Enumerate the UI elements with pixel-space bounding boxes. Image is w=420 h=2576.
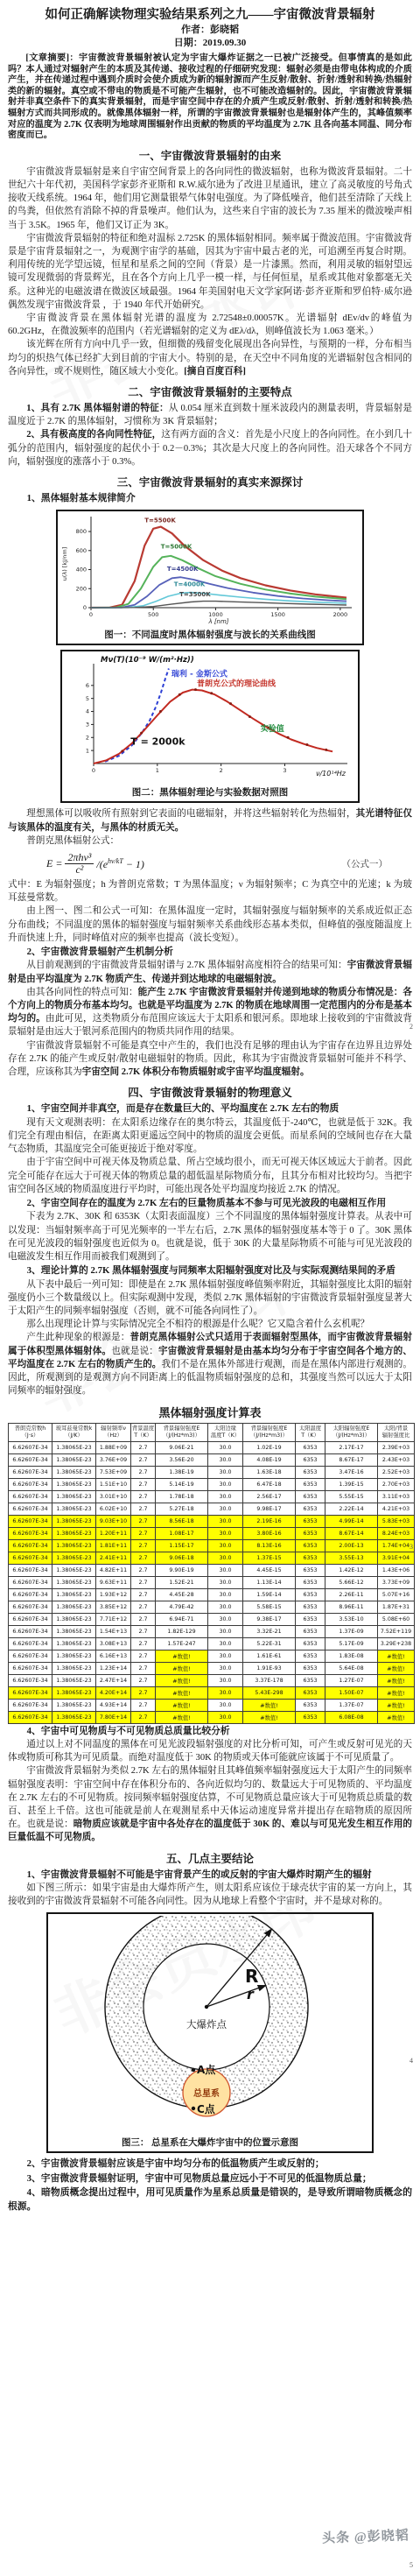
table-header-cell: 背景辐射强度E （J/(Hz*m3)） (156, 1424, 208, 1441)
table-cell: 1.81E+11 (96, 1539, 131, 1552)
table-cell: 1.38065E-23 (52, 1503, 96, 1515)
table-cell: 6353 (296, 1441, 325, 1453)
table-cell: 9.90E-19 (156, 1564, 208, 1576)
formula-block: E = 2πhν³c²/(ehν/kT − 1)（公式一） (46, 852, 412, 876)
table-cell: 2.7 (131, 1453, 156, 1466)
table-cell: 2.17E-17 (325, 1441, 378, 1453)
table-cell: 6.62607E-34 (9, 1662, 52, 1674)
table-cell: 6.62607E-34 (9, 1711, 52, 1723)
subsection-heading: 2、宇宙微波背景辐射产生机制分析 (8, 946, 412, 959)
page-number: 5 (409, 2561, 413, 2569)
table-cell: 2.7 (131, 1625, 156, 1637)
table-cell: 6.62607E-34 (9, 1441, 52, 1453)
svg-text:1500: 1500 (270, 611, 285, 618)
table-cell: 30.0 (208, 1478, 243, 1490)
svg-text:T=4000K: T=4000K (174, 581, 206, 588)
svg-text:T=5000K: T=5000K (161, 544, 192, 551)
body-paragraph: 式中：E 为辐射强度；h 为普朗克常数；T 为黑体温度；ν 为辐射频率；C 为真… (8, 878, 412, 904)
table-cell: #数值! (156, 1662, 208, 1674)
table-cell: 1.38065E-23 (52, 1453, 96, 1466)
table-cell: 2.7 (131, 1601, 156, 1613)
section-heading: 三、宇宙微波背景辐射的真实来源探讨 (8, 476, 412, 489)
table-cell: 30.0 (208, 1674, 243, 1686)
formula-rhs: /(ehν/kT − 1) (96, 857, 144, 871)
fig2-caption: 图二：黑体辐射理论与实验数据对照图 (64, 787, 356, 800)
table-cell: 9.98E-17 (243, 1503, 296, 1515)
figure-3-box: Rr大爆炸点总星系A点C点图三： 总星系在大爆炸宇宙中的位置示意图 (46, 1912, 374, 2153)
table-row: 6.62607E-341.38065E-237.53E+092.71.38E-1… (9, 1466, 415, 1478)
abstract-paragraph: [文章摘要]：宇宙微波背景辐射被认定为宇宙大爆炸证据之一已被广泛接受。但事情真的… (8, 53, 412, 142)
text-segment: 由上图一、图二和公式一可知：在黑体温度一定时，其辐射强度与辐射频率的关系成近似正… (8, 906, 412, 942)
table-cell: 7.80E+14 (96, 1711, 131, 1723)
table-cell: 30.0 (208, 1588, 243, 1601)
svg-text:3: 3 (86, 721, 89, 728)
table-cell: 4.45E-28 (156, 1588, 208, 1601)
table-cell: 1.38065E-23 (52, 1625, 96, 1637)
svg-text:大爆炸点: 大爆炸点 (186, 2018, 227, 2031)
table-cell: 6353 (296, 1686, 325, 1699)
table-head: 普朗克常数h （J·s）玻耳兹曼常数k （J/K）辐射频率ν （Hz）背景温度 … (9, 1424, 415, 1441)
table-cell: 9.03E+10 (96, 1515, 131, 1527)
fig1-chart: 05001000150020000200400600800u(λ) [kJ/nm… (59, 513, 353, 625)
text-segment: 由其各向同性的特点可知： (26, 988, 137, 997)
text-segment: 理想黑体可以吸收所有照射到它表面的电磁辐射，并将这些辐射转化为热辐射， (26, 809, 355, 819)
table-cell: 1.38065E-23 (52, 1662, 96, 1674)
table-row: 6.62607E-341.38065E-231.93E+122.74.45E-2… (9, 1588, 415, 1601)
table-row: 6.62607E-341.38065E-232.47E+142.7#数值!30.… (9, 1674, 415, 1686)
svg-text:r: r (247, 1986, 255, 2002)
table-cell: 2.7 (131, 1674, 156, 1686)
text-segment: 宇宙微波背景辐射是来自宇宙空间背景上的各向同性的微波辐射，也称为微波背景辐射。二… (8, 167, 412, 230)
table-cell: 2.19E-16 (243, 1515, 296, 1527)
table-cell: 3.91E+04 (378, 1552, 415, 1564)
table-cell: 6.47E-18 (243, 1478, 296, 1490)
table-cell: 2.7 (131, 1478, 156, 1490)
table-cell: 1.38065E-23 (52, 1686, 96, 1699)
svg-text:T=4500K: T=4500K (167, 567, 199, 574)
table-cell: 6353 (296, 1662, 325, 1674)
table-cell: 6353 (296, 1625, 325, 1637)
table-cell: 1.38065E-23 (52, 1478, 96, 1490)
table-cell: 1.38065E-23 (52, 1466, 96, 1478)
table-row: 6.62607E-341.38065E-233.76E+092.73.56E-2… (9, 1453, 415, 1466)
table-cell: 30.0 (208, 1490, 243, 1503)
table-cell: 30.0 (208, 1527, 243, 1539)
svg-text:5: 5 (86, 695, 89, 702)
text-segment: 如下图三所示：如果宇宙是由大爆炸所产生，则太阳系应该位于球壳状宇宙的某一方向上，… (8, 1883, 412, 1906)
table-cell: 4.45E-15 (243, 1564, 296, 1576)
table-cell: 30.0 (208, 1466, 243, 1478)
svg-text:普朗克公式的理论曲线: 普朗克公式的理论曲线 (197, 679, 276, 689)
table-cell: 5.66E-12 (325, 1576, 378, 1588)
formula-denominator: c² (75, 864, 83, 876)
table-cell: 1.38065E-23 (52, 1601, 96, 1613)
table-cell: #数值! (156, 1699, 208, 1711)
table-cell: #数值! (156, 1650, 208, 1662)
table-cell: 4.20E+14 (96, 1686, 131, 1699)
table-cell: 8.67E-14 (325, 1527, 378, 1539)
table-cell: 6.62607E-34 (9, 1503, 52, 1515)
table-cell: 1.82E-129 (156, 1625, 208, 1637)
body-paragraph: 1、具有 2.7K 黑体辐射谱的特征：从 0.054 厘米直到数十厘米波段内的测… (8, 402, 412, 428)
table-cell: 1.50E-07 (325, 1686, 378, 1699)
table-cell: 30.0 (208, 1637, 243, 1650)
table-cell: 8.67E-17 (325, 1453, 378, 1466)
body-paragraph: 如下图三所示：如果宇宙是由大爆炸所产生，则太阳系应该位于球壳状宇宙的某一方向上，… (8, 1882, 412, 1908)
table-cell: 4.21E+03 (378, 1503, 415, 1515)
table-cell: 5.43E-298 (243, 1686, 296, 1699)
table-cell: 8.24E+03 (378, 1527, 415, 1539)
text-segment: 现有天文观测表明：在太阳系边缘存在的奥尔特云，其温度低于-240℃，也就是低于 … (8, 1118, 412, 1154)
body-paragraph: 宇宙微波背景辐射是来自宇宙空间背景上的各向同性的微波辐射，也称为微波背景辐射。二… (8, 165, 412, 232)
table-cell: #数值! (378, 1674, 415, 1686)
table-cell: 3.56E-20 (156, 1453, 208, 1466)
svg-text:实验值: 实验值 (261, 723, 284, 734)
table-cell: 2.7 (131, 1490, 156, 1503)
table-cell: 8.56E-18 (156, 1515, 208, 1527)
table-cell: 5.22E-31 (243, 1637, 296, 1650)
table-cell: 2.7 (131, 1539, 156, 1552)
formula-fraction: 2πhν³c² (65, 852, 94, 876)
table-cell: 6353 (296, 1478, 325, 1490)
table-cell: 3.01E+10 (96, 1490, 131, 1503)
table-cell: 2.7 (131, 1564, 156, 1576)
subsection-heading: 2、宇宙微波背景辐射应该是宇宙中均匀分布的低温物质产生或反射的； (8, 2157, 412, 2171)
table-cell: 3.11E+03 (378, 1490, 415, 1503)
table-cell: 1.23E+14 (96, 1662, 131, 1674)
table-cell: 1.42E-12 (325, 1564, 378, 1576)
table-cell: 1.37E-09 (325, 1625, 378, 1637)
table-cell: 5.17E-09 (325, 1637, 378, 1650)
svg-text:R: R (245, 1966, 258, 1987)
svg-text:3: 3 (283, 767, 286, 774)
table-cell: 2.7 (131, 1576, 156, 1588)
table-cell: 30.0 (208, 1515, 243, 1527)
table-cell: 6.62607E-34 (9, 1686, 52, 1699)
document-page: 如何正确解读物理实验结果系列之九——宇宙微波背景辐射 作者：彭晓韬 日期：201… (0, 0, 420, 2576)
svg-text:T=5500K: T=5500K (144, 517, 176, 524)
table-cell: 6353 (296, 1453, 325, 1466)
table-cell: 1.61E-61 (243, 1650, 296, 1662)
body-paragraph: 宇宙微波背景辐射为类似 2.7K 左右的黑体辐射且其峰值频率辐射强度远大于太阳产… (8, 1764, 412, 1844)
table-cell: #数值! (243, 1711, 296, 1723)
table-cell: 6353 (296, 1527, 325, 1539)
svg-text:ν/10¹⁴Hz: ν/10¹⁴Hz (316, 770, 346, 778)
table-cell: 3.32E-21 (243, 1625, 296, 1637)
svg-text:总星系: 总星系 (193, 2087, 220, 2099)
text-segment: 从下表中最后一列可知：即使是在 2.7K 黑体辐射强度峰值频率附近，其辐射强度比… (8, 1280, 412, 1316)
svg-text:T=3500K: T=3500K (179, 592, 211, 599)
table-cell: #数值! (378, 1711, 415, 1723)
section-heading: 四、宇宙微波背景辐射的物理意义 (8, 1087, 412, 1100)
body-paragraph: 理想黑体可以吸收所有照射到它表面的电磁辐射，并将这些辐射转化为热辐射，其光谱特征… (8, 807, 412, 834)
table-cell: 2.56E-17 (243, 1490, 296, 1503)
subsection-heading: 3、理论计算的 2.7K 黑体辐射强度与同频率太阳辐射强度对比及与实际观测结果间… (8, 1264, 412, 1277)
table-header-cell: 辐射频率ν （Hz） (96, 1424, 131, 1441)
table-cell: 3.73E+09 (378, 1576, 415, 1588)
table-cell: 1.83E-08 (325, 1650, 378, 1662)
svg-text:λ [nm]: λ [nm] (207, 618, 228, 625)
table-cell: 30.0 (208, 1503, 243, 1515)
table-cell: 1.08E-17 (156, 1527, 208, 1539)
table-row: 6.62607E-341.38065E-239.03E+102.78.56E-1… (9, 1515, 415, 1527)
svg-text:1000: 1000 (208, 611, 223, 618)
table-cell: 3.29E+238 (378, 1637, 415, 1650)
svg-text:2: 2 (220, 767, 223, 774)
table-cell: 6.62607E-34 (9, 1637, 52, 1650)
table-cell: 6353 (296, 1576, 325, 1588)
watermark-toutiao: 头条 @彭晓韬 (322, 2525, 409, 2546)
svg-text:2000: 2000 (333, 611, 348, 618)
text-segment: 2、具有极高度的各向同性特征， (26, 430, 161, 440)
svg-text:A点: A点 (197, 2063, 216, 2076)
table-cell: 7.53E+09 (96, 1466, 131, 1478)
table-row: 6.62607E-341.38065E-237.80E+142.7#数值!30.… (9, 1711, 415, 1723)
table-cell: 1.54E+13 (96, 1625, 131, 1637)
svg-text:1: 1 (156, 767, 159, 774)
table-cell: 30.0 (208, 1576, 243, 1588)
table-cell: 6.62607E-34 (9, 1527, 52, 1539)
table-cell: 6.62607E-34 (9, 1576, 52, 1588)
table-cell: 1.27E-07 (325, 1674, 378, 1686)
table-cell: 1.38065E-23 (52, 1527, 96, 1539)
body-paragraph: 2、具有极高度的各向同性特征，这有两方面的含义：首先是小尺度上的各向同性。在小到… (8, 428, 412, 468)
table-cell: 3.47E-16 (325, 1466, 378, 1478)
table-cell: 6.62607E-34 (9, 1466, 52, 1478)
svg-text:1: 1 (86, 748, 89, 755)
doc-title: 如何正确解读物理实验结果系列之九——宇宙微波背景辐射 (8, 7, 412, 24)
table-cell: 1.43E+06 (378, 1564, 415, 1576)
table-cell: 2.7 (131, 1466, 156, 1478)
table-cell: 6.62607E-34 (9, 1539, 52, 1552)
table-row: 6.62607E-341.38065E-231.20E+112.71.08E-1… (9, 1527, 415, 1539)
table-cell: #数值! (378, 1699, 415, 1711)
table-cell: 3.85E+12 (96, 1601, 131, 1613)
fig1-box: 05001000150020000200400600800u(λ) [kJ/nm… (56, 510, 364, 645)
formula-lhs: E = (46, 857, 62, 870)
text-segment: 宇宙空间 2.7K 体积分布物质辐射或宇宙平均温度辐射。 (82, 1067, 310, 1077)
table-cell: 2.7 (131, 1686, 156, 1699)
text-segment: 宇宙微波背景在黑体辐射光谱的温度为 2.72548±0.00057K。光谱辐射 … (8, 313, 412, 336)
table-cell: 6.62607E-34 (9, 1613, 52, 1625)
table-row: 6.62607E-341.38065E-233.85E+122.74.79E-4… (9, 1601, 415, 1613)
date-line: 日期：2019.09.30 (8, 37, 412, 50)
body-paragraph: 由其各向同性的特点可知：能产生 2.7K 宇宙微波背景辐射并传递到地球的物质分布… (8, 986, 412, 1039)
table-cell: 4.82E+11 (96, 1564, 131, 1576)
subsection-heading: 1、黑体辐射基本规律简介 (8, 492, 412, 505)
svg-text:0: 0 (92, 767, 95, 774)
table-cell: 6.62607E-34 (9, 1552, 52, 1564)
table-row: 6.62607E-341.38065E-231.88E+092.79.06E-2… (9, 1441, 415, 1453)
table-cell: 3.37E-178 (243, 1674, 296, 1686)
table-cell: 1.38065E-23 (52, 1441, 96, 1453)
body-paragraph: 宇宙微波背景辐射不可能是真空中产生的，我们也没有足够的理由认为宇宙存在边界且边界… (8, 1039, 412, 1080)
table-cell: 4.93E+14 (96, 1699, 131, 1711)
table-cell: 6.62607E-34 (9, 1588, 52, 1601)
table-cell: 2.52E+03 (378, 1466, 415, 1478)
table-cell: 30.0 (208, 1539, 243, 1552)
table-cell: 1.57E-247 (156, 1637, 208, 1650)
table-row: 6.62607E-341.38065E-231.81E+112.71.15E-1… (9, 1539, 415, 1552)
table-cell: 6353 (296, 1588, 325, 1601)
table-row: 6.62607E-341.38065E-232.41E+112.79.06E-1… (9, 1552, 415, 1564)
table-cell: 1.38065E-23 (52, 1674, 96, 1686)
blackbody-table: 普朗克常数h （J·s）玻耳兹曼常数k （J/K）辐射频率ν （Hz）背景温度 … (8, 1423, 415, 1723)
table-cell: #数值! (156, 1674, 208, 1686)
table-cell: 1.38065E-23 (52, 1552, 96, 1564)
text-segment: 从目前观测到的宇宙微波背景辐射谱与 2.7K 黑体辐射高度相符合的结果可知： (26, 961, 346, 970)
svg-text:200: 200 (76, 586, 87, 593)
table-cell: 30.0 (208, 1564, 243, 1576)
text-segment: 也就是说： (111, 1347, 158, 1356)
text-segment: 产生此种现象的根源是： (26, 1333, 129, 1342)
table-cell: 3.53E-10 (325, 1613, 378, 1625)
fig2-box: 0123123456Mν(T)(10⁻⁹ W/(m²·Hz))ν/10¹⁴Hz瑞… (60, 650, 360, 803)
body-paragraph: 现有天文观测表明：在太阳系边缘存在的奥尔特云，其温度低于-240℃，也就是低于 … (8, 1116, 412, 1157)
table-cell: 2.7 (131, 1515, 156, 1527)
table-cell: 1.37E-15 (243, 1552, 296, 1564)
table-cell: 1.59E-14 (243, 1588, 296, 1601)
page-number: 2 (409, 1023, 413, 1031)
table-cell: 6.62607E-34 (9, 1699, 52, 1711)
subsection-heading: 4、暗物质概念提出过程中，用可见质量作为星系总质量是错误的，是导致所谓暗物质概念… (8, 2186, 412, 2214)
body-paragraph: 该光辉在所有方向中几乎一致，但细微的残留变化展现出各向异性，与预期的一样，分布相… (8, 338, 412, 378)
table-cell: 7.71E+12 (96, 1613, 131, 1625)
table-row: 6.62607E-341.38065E-234.93E+142.7#数值!30.… (9, 1699, 415, 1711)
table-cell: 6.62607E-34 (9, 1515, 52, 1527)
table-cell: 1.87E+31 (378, 1601, 415, 1613)
table-cell: 9.38E-17 (243, 1613, 296, 1625)
svg-text:500: 500 (148, 611, 158, 618)
table-row: 6.62607E-341.38065E-237.71E+122.76.94E-7… (9, 1613, 415, 1625)
table-cell: 30.0 (208, 1699, 243, 1711)
body-paragraph: 普朗克黑体辐射公式： (8, 834, 412, 848)
table-cell: 3.55E-13 (325, 1552, 378, 1564)
table-cell: 6353 (296, 1601, 325, 1613)
text-segment: [文章摘要]：宇宙微波背景辐射被认定为宇宙大爆炸证据之一已被广泛接受。但事情真的… (8, 53, 412, 140)
body-paragraph: 由于宇宙空间中可视天体及物质总量、所占空域均很小，而无可视天体区域远大于前者。因… (8, 1156, 412, 1196)
table-cell: 9.06E-18 (156, 1552, 208, 1564)
table-cell: #数值! (243, 1699, 296, 1711)
section-heading: 一、宇宙微波背景辐射的由来 (8, 150, 412, 163)
fig2-chart: 0123123456Mν(T)(10⁻⁹ W/(m²·Hz))ν/10¹⁴Hz瑞… (64, 653, 349, 783)
table-cell: 6.62607E-34 (9, 1625, 52, 1637)
table-cell: 1.38065E-23 (52, 1564, 96, 1576)
table-cell: 2.43E+03 (378, 1453, 415, 1466)
svg-text:2: 2 (86, 735, 89, 742)
table-row: 6.62607E-341.38065E-234.82E+112.79.90E-1… (9, 1564, 415, 1576)
table-cell: 30.0 (208, 1711, 243, 1723)
table-cell: #数值! (156, 1686, 208, 1699)
author-line: 作者：彭晓韬 (8, 24, 412, 37)
table-cell: 4.99E-14 (325, 1515, 378, 1527)
table-cell: 6353 (296, 1711, 325, 1723)
body-paragraph: 宇宙微波背景在黑体辐射光谱的温度为 2.72548±0.00057K。光谱辐射 … (8, 312, 412, 338)
table-cell: 9.63E+11 (96, 1576, 131, 1588)
table-cell: 1.38065E-23 (52, 1650, 96, 1662)
table-cell: 6353 (296, 1650, 325, 1662)
table-cell: 6.62607E-34 (9, 1601, 52, 1613)
table-cell: 2.7 (131, 1503, 156, 1515)
table-cell: 1.38065E-23 (52, 1613, 96, 1625)
svg-text:600: 600 (76, 547, 87, 554)
section-heading: 五、几点主要结论 (8, 1853, 412, 1866)
table-cell: #数值! (378, 1686, 415, 1699)
table-cell: 30.0 (208, 1601, 243, 1613)
subsection-heading: 2、宇宙空间存在的温度为 2.7K 左右的巨量物质基本不参与可见光波段的电磁相互… (8, 1197, 412, 1210)
table-cell: 6.62607E-34 (9, 1478, 52, 1490)
table-cell: 1.63E-18 (243, 1466, 296, 1478)
table-cell: 1.91E-93 (243, 1662, 296, 1674)
figure-3-caption: 图三： 总星系在大爆炸宇宙中的位置示意图 (50, 2137, 370, 2150)
svg-text:0: 0 (83, 605, 87, 612)
svg-text:瑞利 - 金斯公式: 瑞利 - 金斯公式 (171, 669, 227, 679)
table-cell: 2.00E-13 (325, 1539, 378, 1552)
table-cell: 6.62607E-34 (9, 1564, 52, 1576)
text-segment: 那么出现理论计算与实际情况完全不相符的根源是什么呢？它又隐含着什么玄机呢？ (26, 1320, 369, 1329)
table-cell: 6.62607E-34 (9, 1453, 52, 1466)
table-cell: 1.93E+12 (96, 1588, 131, 1601)
table-cell: 3.08E+13 (96, 1637, 131, 1650)
table-cell: 5.27E-18 (156, 1503, 208, 1515)
table-cell: 5.14E-19 (156, 1478, 208, 1490)
table-cell: 6353 (296, 1515, 325, 1527)
body-paragraph: 从目前观测到的宇宙微波背景辐射谱与 2.7K 黑体辐射高度相符合的结果可知：宇宙… (8, 959, 412, 985)
table-cell: 1.78E-18 (156, 1490, 208, 1503)
table-cell: 1.38065E-23 (52, 1699, 96, 1711)
table-cell: 30.0 (208, 1625, 243, 1637)
table-cell: 4.08E-19 (243, 1453, 296, 1466)
table-cell: 6.62607E-34 (9, 1650, 52, 1662)
table-cell: 2.22E-14 (325, 1503, 378, 1515)
table-cell: 4.79E-42 (156, 1601, 208, 1613)
article-content: [文章摘要]：宇宙微波背景辐射被认定为宇宙大爆炸证据之一已被广泛接受。但事情真的… (8, 53, 412, 2214)
table-cell: 5.08E+60 (378, 1613, 415, 1625)
table-header-cell: 太阳辐射强度E （J/(Hz*m3)） (325, 1424, 378, 1441)
table-cell: 2.7 (131, 1527, 156, 1539)
table-cell: 1.15E-17 (156, 1539, 208, 1552)
table-cell: 1.88E+09 (96, 1441, 131, 1453)
body-paragraph: 那么出现理论计算与实际情况完全不相符的根源是什么呢？它又隐含着什么玄机呢？ (8, 1318, 412, 1331)
table-cell: 1.38065E-23 (52, 1539, 96, 1552)
table-cell: 6353 (296, 1503, 325, 1515)
table-cell: 2.26E-11 (325, 1588, 378, 1601)
table-header-cell: 太阳边缘 温度T（K） (208, 1424, 243, 1441)
table-body: 6.62607E-341.38065E-231.88E+092.79.06E-2… (9, 1441, 415, 1723)
table-header-cell: 普朗克常数h （J·s） (9, 1424, 52, 1441)
table-cell: 6353 (296, 1564, 325, 1576)
table-cell: 1.38065E-23 (52, 1637, 96, 1650)
table-cell: 6353 (296, 1490, 325, 1503)
table-cell: 5.58E-15 (243, 1601, 296, 1613)
table-cell: 3.76E+09 (96, 1453, 131, 1466)
table-cell: 30.0 (208, 1650, 243, 1662)
table-cell: 2.7 (131, 1699, 156, 1711)
svg-text:0: 0 (89, 611, 93, 618)
table-row: 6.62607E-341.38065E-234.20E+142.7#数值!30.… (9, 1686, 415, 1699)
table-cell: 1.52E-21 (156, 1576, 208, 1588)
table-cell: 30.0 (208, 1552, 243, 1564)
body-paragraph: 产生此种现象的根源是：普朗克黑体辐射公式只适用于表面辐射型黑体，而宇宙微波背景辐… (8, 1331, 412, 1397)
text-segment: 式中：E 为辐射强度；h 为普朗克常数；T 为黑体温度；ν 为辐射频率；C 为真… (8, 880, 412, 903)
table-cell: 6.02E+10 (96, 1503, 131, 1515)
table-cell: 2.70E+03 (378, 1478, 415, 1490)
table-cell: 6353 (296, 1674, 325, 1686)
table-cell: 6.94E-71 (156, 1613, 208, 1625)
table-cell: 6353 (296, 1699, 325, 1711)
table-header-cell: 太阳温度 T（K） (296, 1424, 325, 1441)
text-segment: 由于宇宙空间中可视天体及物质总量、所占空域均很小，而无可视天体区域远大于前者。因… (8, 1158, 412, 1193)
